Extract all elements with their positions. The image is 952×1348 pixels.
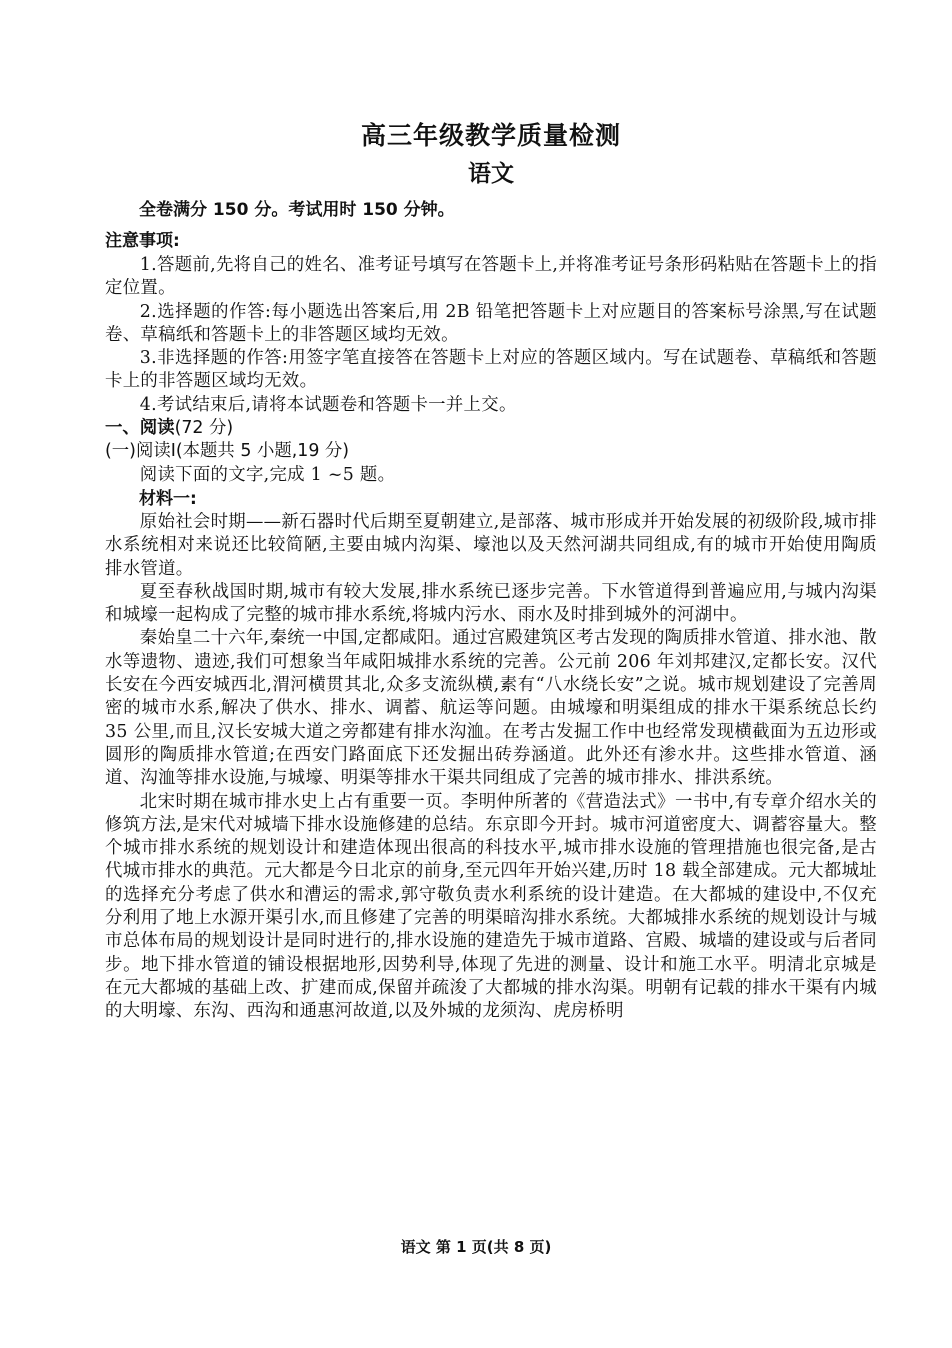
subsection-heading: (一)阅读Ⅰ(本题共 5 小题,19 分) xyxy=(105,440,877,463)
notice-item: 3.非选择题的作答:用签字笔直接答在答题卡上对应的答题区域内。写在试题卷、草稿纸… xyxy=(105,347,877,394)
reading-instruction: 阅读下面的文字,完成 1 ~5 题。 xyxy=(105,464,877,487)
section-heading: 一、阅读(72 分) xyxy=(105,417,877,440)
notice-item: 2.选择题的作答:每小题选出答案后,用 2B 铅笔把答题卡上对应题目的答案标号涂… xyxy=(105,301,877,348)
section-heading-label: 一、阅读 xyxy=(105,418,175,438)
material-label: 材料一: xyxy=(105,487,877,511)
notice-heading: 注意事项: xyxy=(105,228,877,254)
page-footer: 语文 第 1 页(共 8 页) xyxy=(0,1236,952,1257)
notice-item: 4.考试结束后,请将本试题卷和答题卡一并上交。 xyxy=(105,394,877,417)
passage-paragraph: 北宋时期在城市排水史上占有重要一页。李明仲所著的《营造法式》一书中,有专章介绍水… xyxy=(105,791,877,1024)
exam-page: 高三年级教学质量检测 语文 全卷满分 150 分。考试用时 150 分钟。 注意… xyxy=(105,118,877,1024)
passage-paragraph: 夏至春秋战国时期,城市有较大发展,排水系统已逐步完善。下水管道得到普遍应用,与城… xyxy=(105,581,877,628)
subject-title: 语文 xyxy=(105,156,877,192)
exam-title: 高三年级教学质量检测 xyxy=(105,118,877,154)
passage-paragraph: 原始社会时期——新石器时代后期至夏朝建立,是部落、城市形成并开始发展的初级阶段,… xyxy=(105,511,877,581)
passage-paragraph: 秦始皇二十六年,秦统一中国,定都咸阳。通过宫殿建筑区考古发现的陶质排水管道、排水… xyxy=(105,627,877,790)
section-heading-points: (72 分) xyxy=(175,418,234,438)
notice-item: 1.答题前,先将自己的姓名、准考证号填写在答题卡上,并将准考证号条形码粘贴在答题… xyxy=(105,254,877,301)
score-info: 全卷满分 150 分。考试用时 150 分钟。 xyxy=(105,196,877,224)
